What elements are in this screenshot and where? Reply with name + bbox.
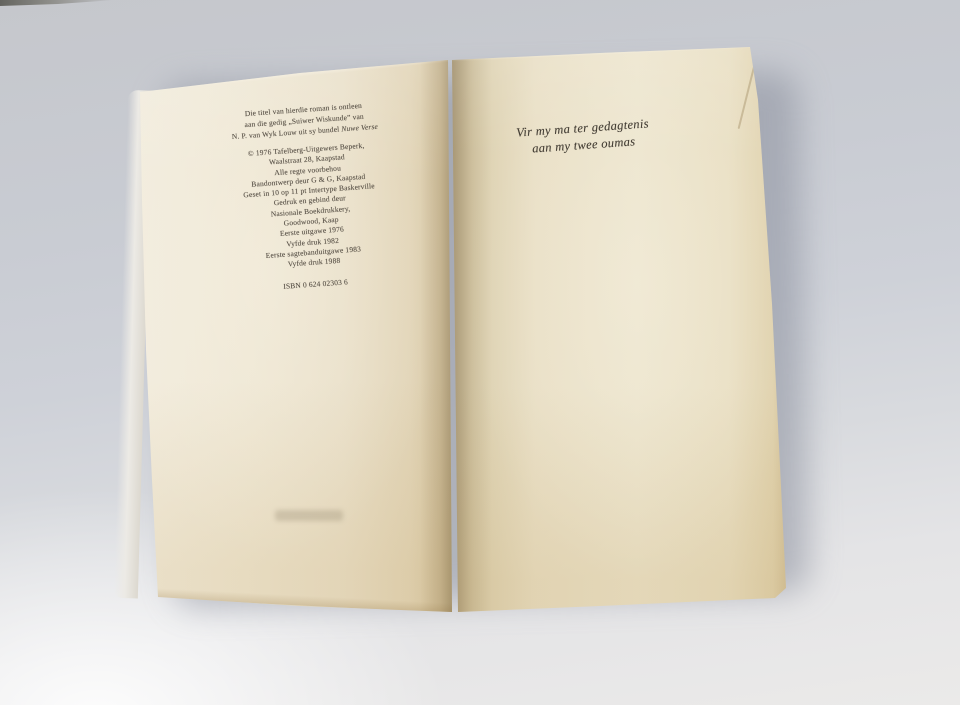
book-title-italic: Nuwe Verse: [341, 122, 378, 134]
dedication-text: Vir my ma ter gedagtenis aan my twee oum…: [472, 112, 694, 160]
book-photo: Die titel van hierdie roman is ontleen a…: [0, 0, 960, 705]
left-page: Die titel van hierdie roman is ontleen a…: [138, 58, 454, 614]
show-through-text-smudge: [275, 510, 343, 521]
photo-corner-artifact: [0, 0, 115, 7]
page-corner-crease: [738, 53, 759, 129]
isbn-line: ISBN 0 624 02303 6: [191, 270, 441, 298]
imprint-details: © 1976 Tafelberg-Uitgewers Beperk, Waals…: [181, 136, 439, 277]
imprint-text-block: Die titel van hierdie roman is ontleen a…: [178, 95, 440, 298]
right-page: Vir my ma ter gedagtenis aan my twee oum…: [450, 44, 790, 614]
